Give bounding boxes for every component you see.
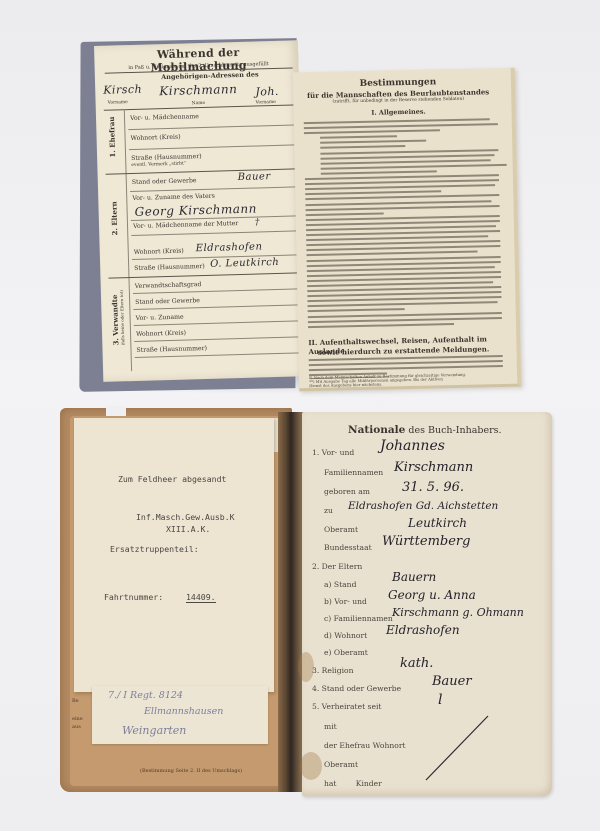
field-label: Stand oder Gewerbe xyxy=(132,177,197,186)
line xyxy=(129,144,295,150)
typed-line: Ersatztruppenteil: xyxy=(110,544,199,554)
handwritten-value: Bauer xyxy=(238,171,271,183)
field-label: c) Familiennamen xyxy=(324,614,393,623)
typed-number: 14409. xyxy=(186,592,216,603)
divider xyxy=(108,272,298,278)
caption: Vorname xyxy=(108,100,128,106)
field-label: Vor- u. Mädchenname xyxy=(130,113,199,122)
handwritten-value: Johannes xyxy=(380,438,445,454)
cover-text: aus xyxy=(72,724,81,730)
handwritten-value: † xyxy=(255,217,260,227)
handwritten-value: Kirschmann xyxy=(394,460,473,475)
section-general: I. Allgemeines. xyxy=(293,106,503,118)
field-label: Verwandtschaftsgrad xyxy=(135,281,202,290)
handwritten-value: Eldrashofen xyxy=(196,241,263,254)
typed-line: XIII.A.K. xyxy=(166,524,210,534)
field-label: Oberamt xyxy=(324,760,358,769)
stain xyxy=(300,752,322,780)
regulations-text-block xyxy=(304,118,502,331)
pencil-note-slip: 7./ I Regt. 8124 Ellmannshausen Weingart… xyxy=(92,686,268,744)
typed-label: Fahrtnummer: xyxy=(104,592,163,602)
worn-spine xyxy=(278,412,304,792)
field-label: Straße (Hausnummer) xyxy=(134,263,205,272)
handwritten-value: 31. 5. 96. xyxy=(402,480,464,495)
field-label: mit xyxy=(324,722,337,731)
strike-through-line xyxy=(422,714,492,784)
field-label: Straße (Hausnummer) xyxy=(136,345,207,354)
field-label: Vor- u. Zuname des Vaters xyxy=(132,193,215,202)
handwritten-given: Joh. xyxy=(255,85,279,99)
handwritten-value: Württemberg xyxy=(382,534,470,549)
field-label: 1. Vor- und xyxy=(312,448,354,457)
section-label-parents: 2. Eltern xyxy=(109,201,119,235)
field-label: Vor- u. Zuname xyxy=(136,314,184,322)
handwritten-value: Eldrashofen Gd. Aichstetten xyxy=(348,500,498,512)
top-booklet-right-page: Bestimmungen für die Mannschaften des Be… xyxy=(293,68,522,392)
field-label: zu xyxy=(324,506,333,515)
field-label: Bundesstaat xyxy=(324,543,372,552)
field-label: e) Oberamt xyxy=(324,648,368,657)
field-label: Straße (Hausnummer) xyxy=(131,153,202,162)
section-sublabel: (falls keine oder Eltern tot) xyxy=(119,290,126,345)
field-label: 3. Religion xyxy=(312,666,353,675)
handwritten-value: Kirschmann g. Ohmann xyxy=(392,606,524,619)
field-label: Vor- u. Mädchenname der Mutter xyxy=(133,220,238,230)
line xyxy=(130,186,296,192)
field-label: Wohnort (Kreis) xyxy=(134,248,184,256)
handwritten-value: Leutkirch xyxy=(408,516,467,530)
field-label: a) Stand xyxy=(324,580,356,589)
handwritten-value: Eldrashofen xyxy=(386,623,460,637)
title-bold: Nationale xyxy=(348,424,405,436)
handwritten-value: kath. xyxy=(400,656,433,671)
typed-line: Zum Feldheer abgesandt xyxy=(118,474,226,484)
field-label: Wohnort (Kreis) xyxy=(136,330,186,338)
handwritten-value: Bauer xyxy=(432,674,472,689)
title-rest: des Buch-Inhabers. xyxy=(408,425,501,436)
cover-text: eine xyxy=(72,716,83,722)
top-booklet-left-page: Während der Mobilmachung in Paß u. Natio… xyxy=(94,40,307,382)
field-label: der Ehefrau Wohnort xyxy=(324,741,406,750)
handwritten-value: Bauern xyxy=(392,570,436,584)
line xyxy=(131,230,297,236)
cover-text: Be xyxy=(72,698,79,704)
field-label: 5. Verheiratet seit xyxy=(312,702,381,711)
handwritten-value: O. Leutkirch xyxy=(210,257,279,270)
field-label: hat Kinder xyxy=(324,779,382,788)
typed-slip: Zum Feldheer abgesandt Inf.Masch.Gew.Aus… xyxy=(74,418,274,692)
nationale-title: Nationale des Buch-Inhabers. xyxy=(348,424,502,436)
field-label: 2. Der Eltern xyxy=(312,562,362,571)
field-label: geboren am xyxy=(324,487,370,496)
field-label: Oberamt xyxy=(324,525,358,534)
handwritten-value: l xyxy=(438,692,442,708)
pencil-line: 7./ I Regt. 8124 xyxy=(108,690,183,701)
handwritten-surname: Kirschmann xyxy=(159,82,238,98)
handwritten-first: Kirsch xyxy=(103,83,142,97)
section-label-spouse: 1. Ehefrau xyxy=(107,116,117,157)
field-label: Wohnort (Kreis) xyxy=(130,134,180,142)
field-label: Familiennamen xyxy=(324,468,383,477)
field-note: eventl. Vermerk „stirbt“ xyxy=(131,161,186,168)
field-label: 4. Stand oder Gewerbe xyxy=(312,684,401,693)
handwritten-value: Georg u. Anna xyxy=(388,588,476,602)
pencil-line: Weingarten xyxy=(122,724,186,737)
bottom-booklet-right-page: Nationale des Buch-Inhabers. 1. Vor- und… xyxy=(302,412,552,796)
field-label: Stand oder Gewerbe xyxy=(135,297,200,306)
footnote: *) Nach dem Mannschaften Anhalt zu Besti… xyxy=(309,372,503,389)
cover-footer-note: (Bestimmung Seite 2. II des Umschlags) xyxy=(140,768,242,774)
field-label: d) Wohnort xyxy=(324,631,367,640)
caption: Name xyxy=(192,101,206,106)
field-label: b) Vor- und xyxy=(324,597,367,606)
typed-line: Inf.Masch.Gew.Ausb.K xyxy=(136,512,235,522)
line xyxy=(128,124,294,130)
pencil-line: Ellmannshausen xyxy=(144,706,223,717)
